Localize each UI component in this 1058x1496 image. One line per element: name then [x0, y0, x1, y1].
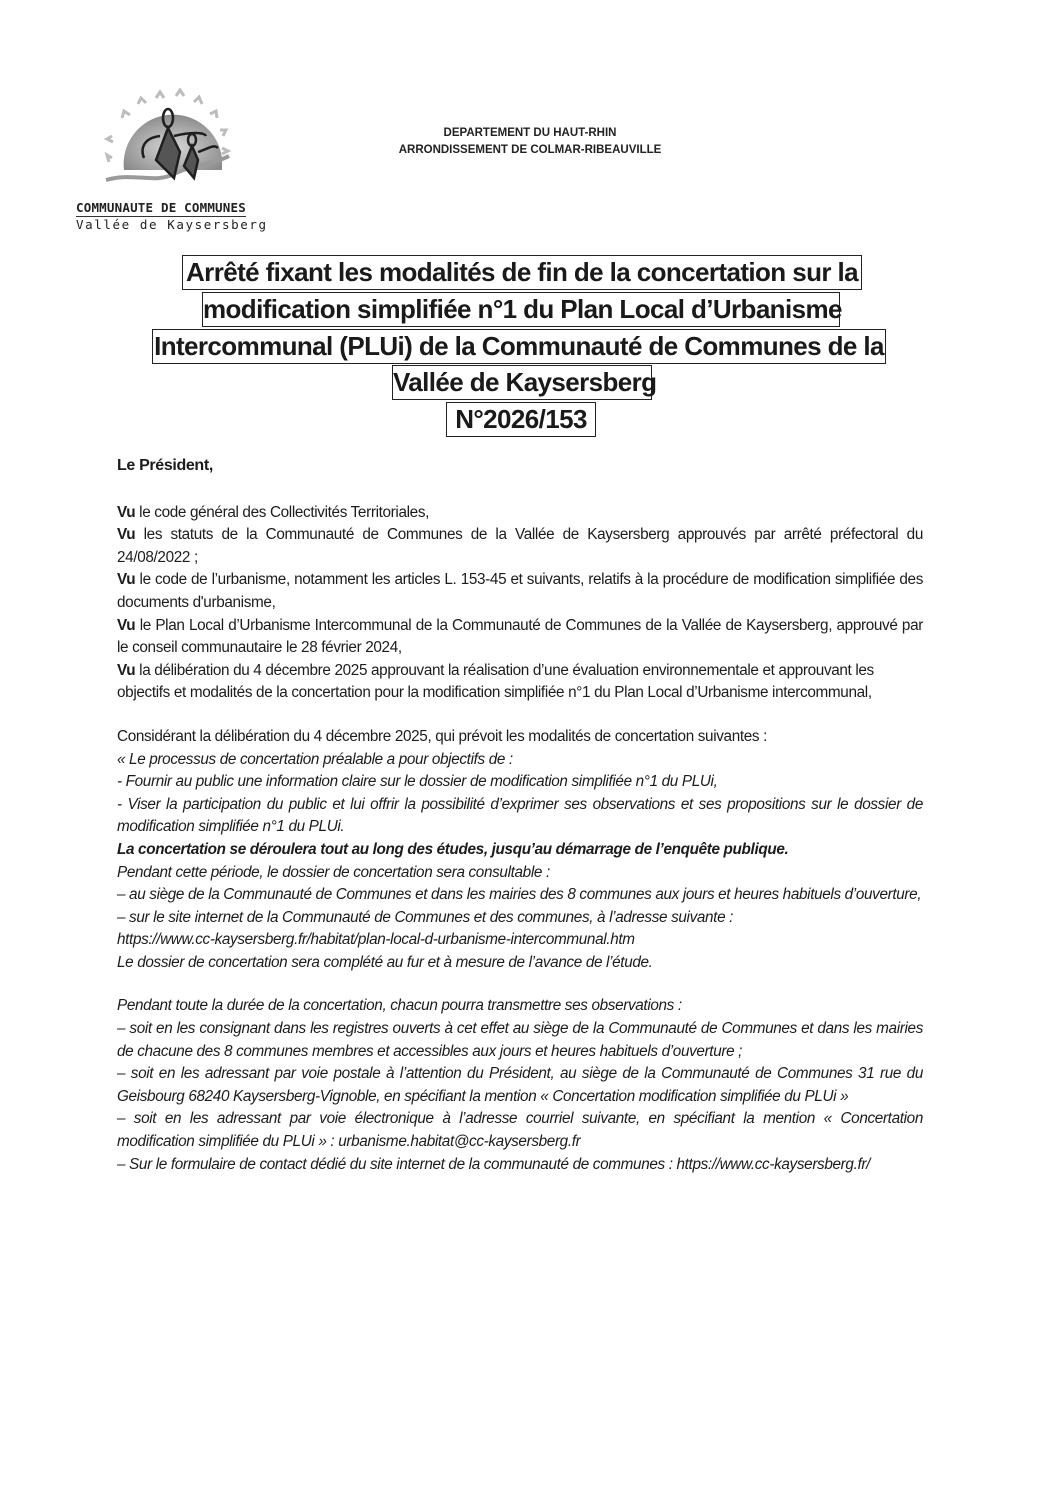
document-body: Le Président, Vu le code général des Col… — [117, 455, 923, 1176]
president-salutation: Le Président, — [117, 455, 923, 478]
observation-item: – soit en les adressant par voie postale… — [117, 1063, 923, 1108]
objective-item: - Viser la participation du public et lu… — [117, 794, 923, 839]
observation-item-contact-form: – Sur le formulaire de contact dédié du … — [117, 1154, 923, 1177]
logo-org-name: COMMUNAUTE DE COMMUNES — [76, 200, 246, 217]
decree-number: N°2026/153 — [446, 402, 596, 437]
visa-item: Vu les statuts de la Communauté de Commu… — [117, 524, 923, 569]
visa-label: Vu — [117, 617, 135, 634]
visa-label: Vu — [117, 504, 135, 521]
visa-item: Vu le Plan Local d’Urbanisme Intercommun… — [117, 615, 923, 660]
title-line-1: Arrêté fixant les modalités de fin de la… — [182, 255, 862, 290]
visa-item: Vu le code général des Collectivités Ter… — [117, 502, 923, 525]
observation-item-email: – soit en les adressant par voie électro… — [117, 1108, 923, 1153]
concertation-duration-statement: La concertation se déroulera tout au lon… — [117, 839, 923, 862]
plui-url-link[interactable]: https://www.cc-kaysersberg.fr/habitat/pl… — [117, 929, 923, 952]
visa-label: Vu — [117, 662, 135, 679]
observation-item: – soit en les consignant dans les regist… — [117, 1018, 923, 1063]
organization-logo: COMMUNAUTE DE COMMUNES Vallée de Kaysers… — [72, 88, 272, 238]
arrondissement-label: ARRONDISSEMENT DE COLMAR-RIBEAUVILLE — [330, 142, 730, 159]
consultation-item: – sur le site internet de la Communauté … — [117, 907, 923, 930]
completion-note: Le dossier de concertation sera complété… — [117, 952, 923, 975]
consultation-intro: Pendant cette période, le dossier de con… — [117, 862, 923, 885]
administrative-header: DEPARTEMENT DU HAUT-RHIN ARRONDISSEMENT … — [330, 125, 730, 159]
logo-org-subtitle: Vallée de Kaysersberg — [76, 217, 268, 232]
quote-intro: « Le processus de concertation préalable… — [117, 749, 923, 772]
considerant-paragraph: Considérant la délibération du 4 décembr… — [117, 726, 923, 749]
visa-label: Vu — [117, 571, 135, 588]
title-line-3: Intercommunal (PLUi) de la Communauté de… — [152, 329, 886, 364]
department-label: DEPARTEMENT DU HAUT-RHIN — [330, 125, 730, 142]
consultation-item: – au siège de la Communauté de Communes … — [117, 884, 923, 907]
logo-sun-figures-icon — [94, 88, 244, 198]
title-line-4: Vallée de Kaysersberg — [392, 365, 652, 400]
observations-intro: Pendant toute la durée de la concertatio… — [117, 995, 923, 1018]
title-line-2: modification simplifiée n°1 du Plan Loca… — [202, 292, 840, 327]
visa-label: Vu — [117, 526, 135, 543]
visa-item: Vu le code de l’urbanisme, notamment les… — [117, 569, 923, 614]
visa-item: Vu la délibération du 4 décembre 2025 ap… — [117, 660, 923, 705]
objective-item: - Fournir au public une information clai… — [117, 771, 923, 794]
